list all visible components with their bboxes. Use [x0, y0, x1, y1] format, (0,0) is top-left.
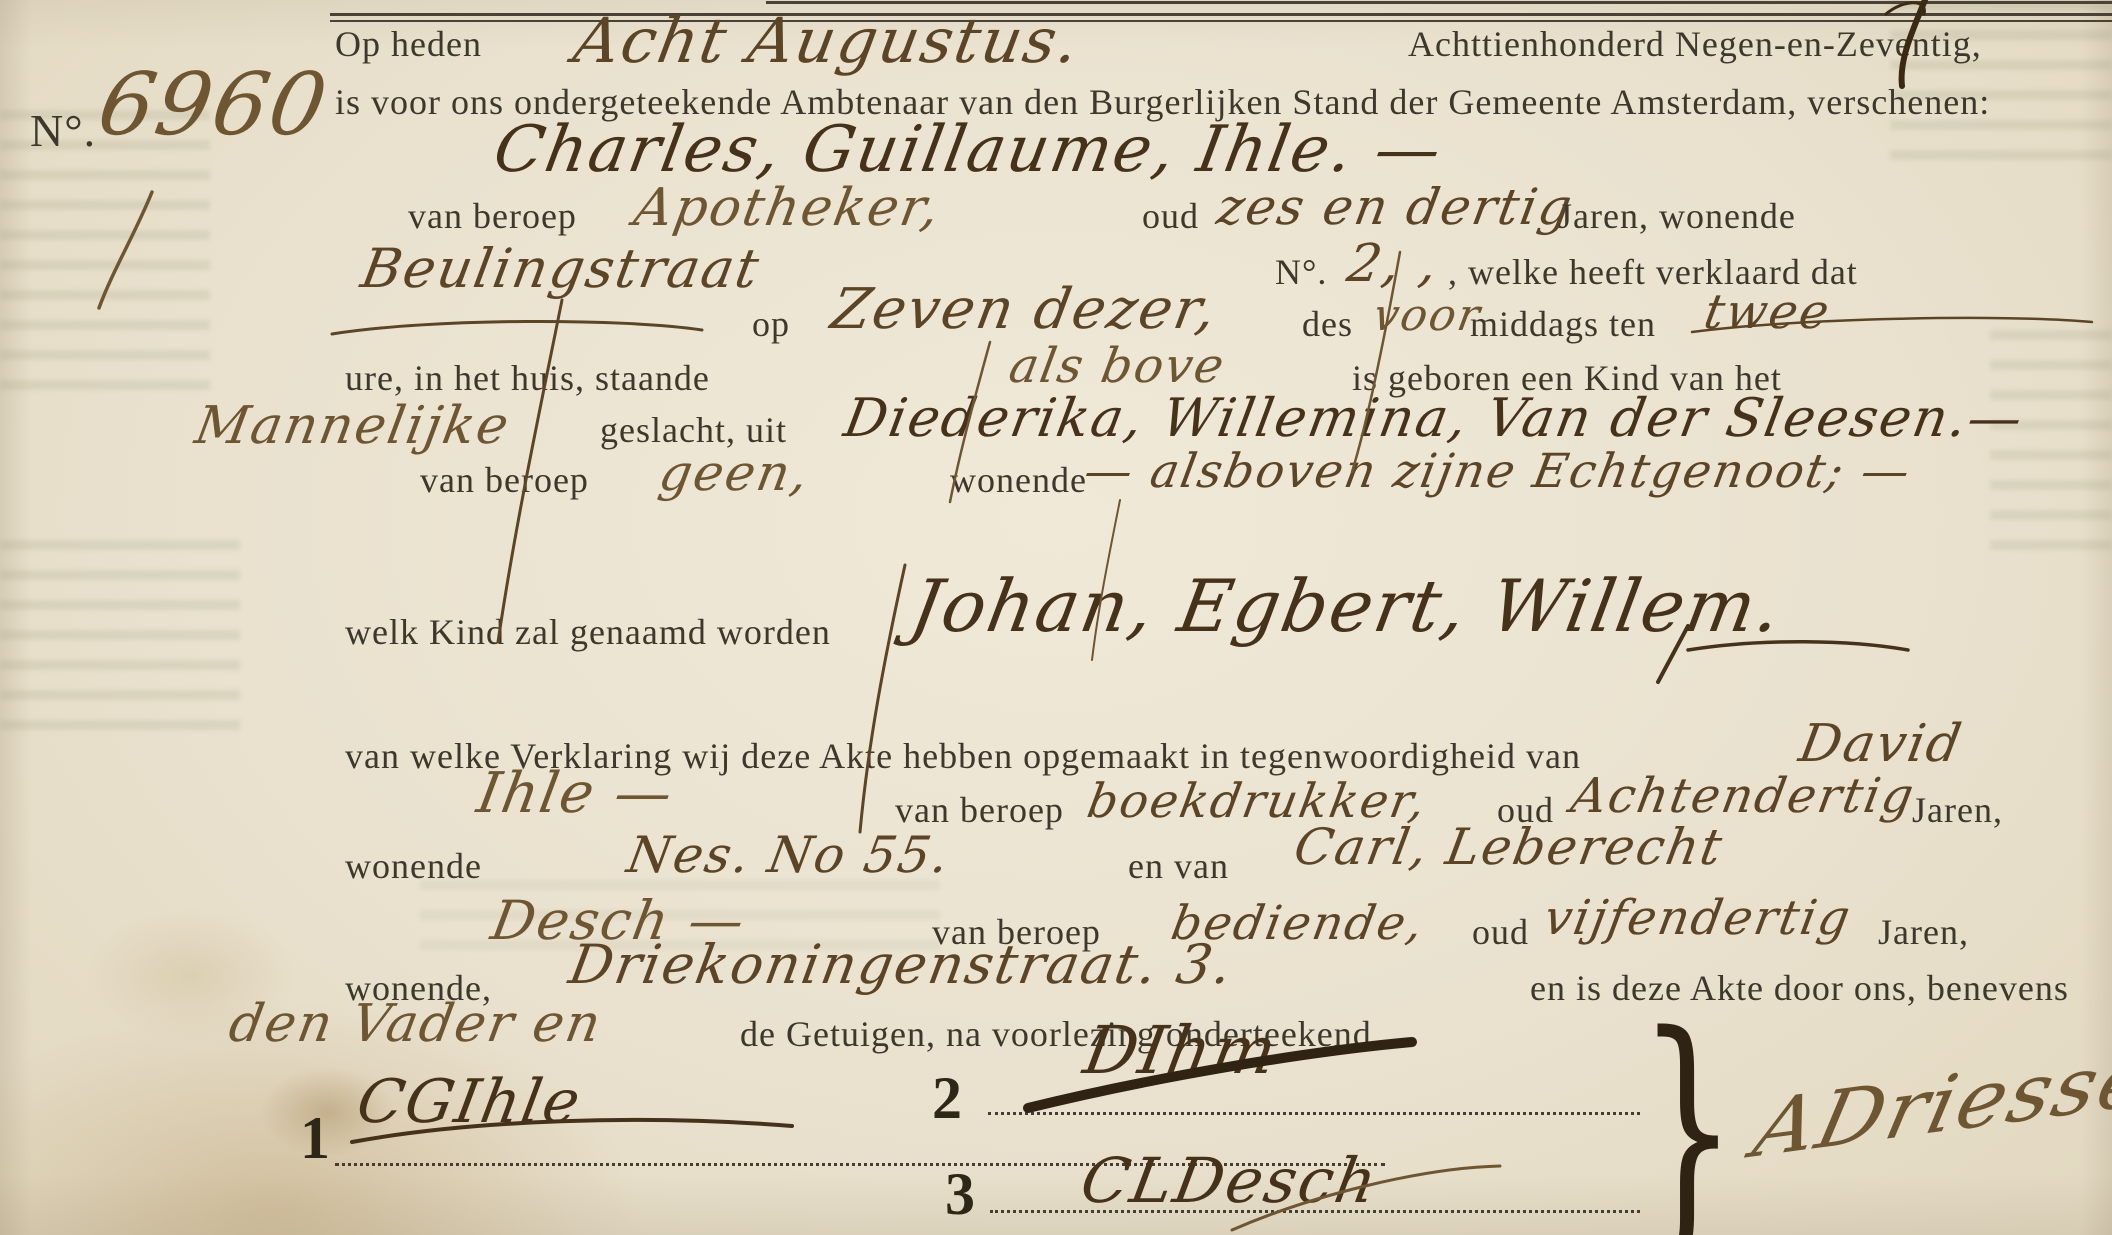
birth-certificate-page: N°. 6960 Op heden Acht Augustus. Achttie… — [0, 0, 2112, 1235]
ink-flourishes — [0, 0, 2112, 1235]
